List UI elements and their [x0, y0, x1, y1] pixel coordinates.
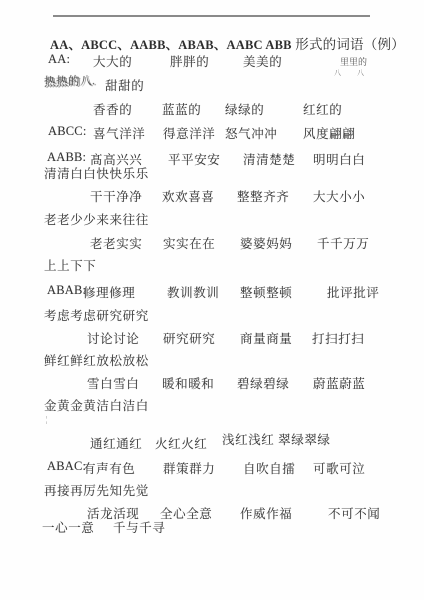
word-item: 老老实实 — [90, 234, 142, 252]
page-title: AA、ABCC、AABB、ABAB、AABC ABB 形式的词语（例） — [50, 33, 405, 53]
word-item: 千千万万 — [317, 234, 369, 252]
document-page: AA、ABCC、AABB、ABAB、AABC ABB 形式的词语（例） AA: … — [0, 0, 424, 600]
word-item: 香香的 — [93, 100, 132, 118]
tiny-mark: 八 — [357, 68, 364, 78]
word-item: 修理修理 — [83, 283, 135, 301]
word-item: 研究研究 — [163, 329, 215, 347]
word-item: 欢欢喜喜 — [162, 187, 214, 205]
word-line: 鲜红鲜红放松放松 — [44, 351, 149, 369]
word-item: 明明白白 — [313, 150, 365, 168]
word-line: 金黄金黄洁白洁白 — [44, 396, 149, 414]
word-item: 商量商量 — [240, 329, 292, 347]
word-item: 碧绿碧绿 — [237, 374, 289, 392]
word-item: 雪白雪白 — [87, 374, 139, 392]
word-item: 得意洋洋 — [163, 124, 215, 142]
tiny-mark: 八 — [334, 68, 341, 78]
word-item: 打扫打扫 — [312, 329, 364, 347]
word-item: 实实在在 — [163, 234, 215, 252]
word-item: 暖和暖和 — [162, 374, 214, 392]
smudged-text: 热热的八. — [44, 72, 96, 89]
word-item: 胖胖的 — [170, 52, 209, 70]
word-line: 上上下下 — [44, 256, 96, 274]
word-item: 火红火红 — [155, 434, 207, 452]
scan-speck: ¦ — [46, 415, 48, 424]
word-line: 老老少少来来往往 — [44, 210, 149, 228]
title-pattern-codes: AA、ABCC、AABB、ABAB、AABC ABB — [50, 38, 292, 52]
title-suffix: 形式的词语（例） — [292, 37, 405, 52]
word-line: 再接再厉先知先觉 — [44, 481, 149, 499]
word-item: 怒气冲冲 — [225, 124, 277, 142]
word-item: 蔚蓝蔚蓝 — [313, 374, 365, 392]
word-item: 通红通红 — [90, 434, 142, 452]
word-item: 大大小小 — [313, 187, 365, 205]
word-line: 考虑考虑研究研究 — [44, 306, 149, 324]
word-item: 可歌可泣 — [313, 459, 365, 477]
word-item: 整整齐齐 — [237, 187, 289, 205]
pattern-label-aabb: AABB: — [47, 150, 86, 165]
word-item: 批评批评 — [327, 283, 379, 301]
word-item: 甜甜的 — [105, 76, 144, 94]
word-item: 浅红浅红 翠绿翠绿 — [222, 430, 331, 448]
small-note: 里里的 — [340, 55, 367, 68]
pattern-label-abcc: ABCC: — [48, 124, 87, 139]
word-item: 有声有色 — [83, 459, 135, 477]
pattern-label-abac: ABAC: — [47, 459, 86, 474]
pattern-label-aa: AA: — [48, 52, 70, 67]
word-item: 风度翩翩 — [303, 124, 355, 142]
word-line: 清清白白快快乐乐 — [44, 164, 149, 182]
word-item: 喜气洋洋 — [93, 124, 145, 142]
word-item: 讨论讨论 — [87, 329, 139, 347]
word-item: 婆婆妈妈 — [240, 234, 292, 252]
word-item: 整顿整顿 — [240, 283, 292, 301]
word-item: 一心一意 — [42, 518, 94, 536]
word-item: 美美的 — [243, 52, 282, 70]
word-item: 千与千寻 — [113, 518, 165, 536]
word-item: 平平安安 — [168, 150, 220, 168]
word-item: 不可不闻 — [328, 504, 380, 522]
word-item: 大大的 — [93, 52, 132, 70]
word-item: 红红的 — [303, 100, 342, 118]
top-divider-line — [53, 15, 370, 17]
word-item: 绿绿的 — [225, 100, 264, 118]
word-item: 作威作福 — [240, 504, 292, 522]
word-item: 干干净净 — [90, 187, 142, 205]
word-item: 全心全意 — [160, 504, 212, 522]
word-item: 教训教训 — [167, 283, 219, 301]
word-item: 自吹自擂 — [243, 459, 295, 477]
word-item: 蓝蓝的 — [162, 100, 201, 118]
pattern-label-abab: ABAB: — [47, 283, 86, 298]
word-item: 清清楚楚 — [243, 150, 295, 168]
word-item: 群策群力 — [163, 459, 215, 477]
